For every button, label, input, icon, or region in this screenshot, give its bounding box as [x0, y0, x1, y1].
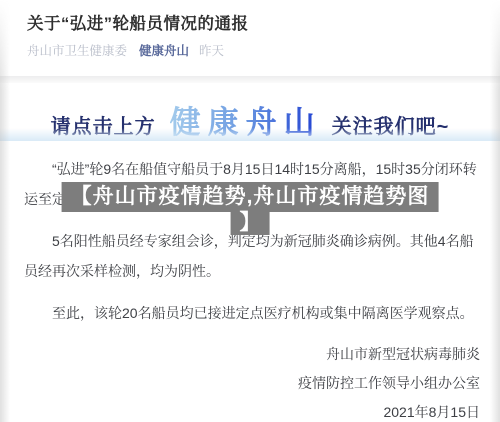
- source-name: 舟山市卫生健康委: [27, 44, 127, 58]
- signature-date: 2021年8月15日: [24, 398, 480, 422]
- signature-line-1: 舟山市新型冠状病毒肺炎: [24, 340, 480, 369]
- signature-block: 舟山市新型冠状病毒肺炎 疫情防控工作领导小组办公室 2021年8月15日: [24, 340, 480, 422]
- paragraph-3: 至此，该轮20名船员均已接进定点医疗机构或集中隔离医学观察点。: [24, 298, 480, 328]
- article-header: 关于“弘进”轮船员情况的通报 舟山市卫生健康委健康舟山昨天: [0, 0, 500, 59]
- banner-suffix-text: 关注我们吧~: [332, 110, 450, 139]
- page-title: 关于“弘进”轮船员情况的通报: [27, 13, 473, 35]
- account-link[interactable]: 健康舟山: [139, 44, 189, 58]
- banner-brand-text: 健康舟山: [170, 97, 322, 142]
- follow-banner[interactable]: 请点击上方 健康舟山 关注我们吧~: [0, 83, 500, 141]
- banner-prefix-text: 请点击上方: [51, 110, 156, 139]
- article-meta: 舟山市卫生健康委健康舟山昨天: [27, 43, 473, 59]
- paragraph-2: 5名阳性船员经专家组会诊，判定均为新冠肺炎确诊病例。其他4名船员经再次采样检测，…: [24, 226, 480, 286]
- signature-line-2: 疫情防控工作领导小组办公室: [24, 369, 480, 398]
- publish-time: 昨天: [199, 44, 224, 58]
- paragraph-1: “弘进”轮9名在船值守船员于8月15日14时15分离船，15时35分闭环转运至定…: [24, 154, 480, 214]
- article-body: “弘进”轮9名在船值守船员于8月15日14时15分离船，15时35分闭环转运至定…: [0, 141, 500, 422]
- header-divider: [0, 76, 500, 83]
- article-page: 关于“弘进”轮船员情况的通报 舟山市卫生健康委健康舟山昨天 请点击上方 健康舟山…: [0, 0, 500, 422]
